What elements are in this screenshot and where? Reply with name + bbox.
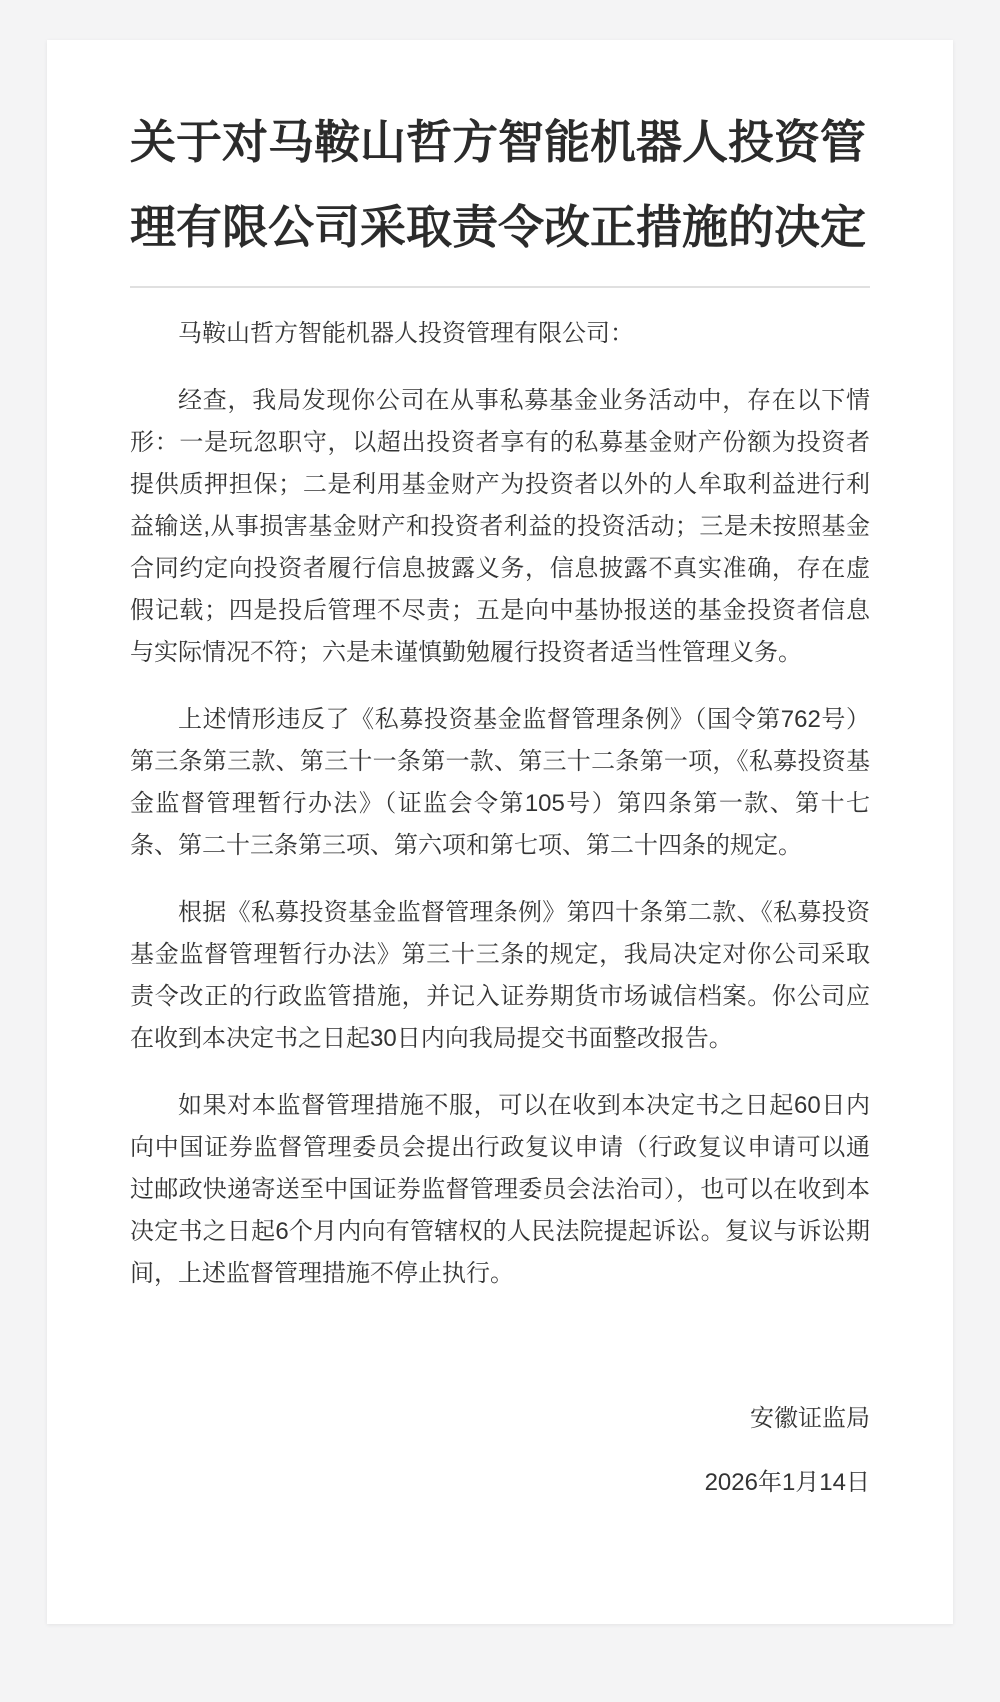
- document-footer: 安徽证监局 2026年1月14日: [130, 1398, 870, 1504]
- title-divider: [130, 286, 870, 288]
- salutation: 马鞍山哲方智能机器人投资管理有限公司：: [130, 313, 870, 355]
- issue-date: 2026年1月14日: [130, 1462, 870, 1504]
- document-body: 马鞍山哲方智能机器人投资管理有限公司： 经查，我局发现你公司在从事私募基金业务活…: [130, 313, 870, 1295]
- paragraph-violations: 上述情形违反了《私募投资基金监督管理条例》（国令第762号）第三条第三款、第三十…: [130, 699, 870, 867]
- paragraph-appeal: 如果对本监督管理措施不服，可以在收到本决定书之日起60日内向中国证券监督管理委员…: [130, 1085, 870, 1295]
- page-background: { "page": { "background_color": "#f4f4f5…: [0, 40, 1000, 1702]
- document-card: 关于对马鞍山哲方智能机器人投资管理有限公司采取责令改正措施的决定 马鞍山哲方智能…: [47, 40, 953, 1624]
- paragraph-decision: 根据《私募投资基金监督管理条例》第四十条第二款、《私募投资基金监督管理暂行办法》…: [130, 892, 870, 1060]
- document-title: 关于对马鞍山哲方智能机器人投资管理有限公司采取责令改正措施的决定: [130, 100, 870, 270]
- paragraph-findings: 经查，我局发现你公司在从事私募基金业务活动中，存在以下情形：一是玩忽职守，以超出…: [130, 380, 870, 674]
- issuing-authority: 安徽证监局: [130, 1398, 870, 1440]
